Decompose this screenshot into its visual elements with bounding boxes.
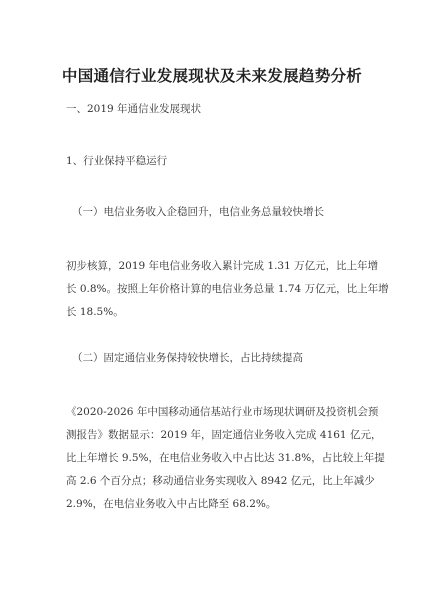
document-page: 中国通信行业发展现状及未来发展趋势分析 一、2019 年通信业发展现状 1、行业… [0,0,424,600]
paragraph-line: 测报告》数据显示：2019 年，固定通信业务收入完成 4161 亿元， [66,424,362,447]
document-title: 中国通信行业发展现状及未来发展趋势分析 [0,64,424,86]
paragraph-line: 比上年增长 9.5%，在电信业务收入中占比达 31.8%，占比较上年提 [66,447,362,470]
subheading-b: （二）固定通信业务保持较快增长，占比持续提高 [72,350,303,365]
subsection-heading: 1、行业保持平稳运行 [66,153,167,168]
paragraph-line: 2.9%，在电信业务收入中占比降至 68.2%。 [66,493,362,516]
paragraph-line: 《2020-2026 年中国移动通信基站行业市场现状调研及投资机会预 [66,401,362,424]
paragraph-line: 长 0.8%。按照上年价格计算的电信业务总量 1.74 万亿元，比上年增 [66,278,362,301]
paragraph-a: 初步核算，2019 年电信业务收入累计完成 1.31 万亿元，比上年增 长 0.… [66,255,362,324]
paragraph-line: 高 2.6 个百分点；移动通信业务实现收入 8942 亿元，比上年减少 [66,470,362,493]
paragraph-line: 长 18.5%。 [66,301,362,324]
paragraph-b: 《2020-2026 年中国移动通信基站行业市场现状调研及投资机会预 测报告》数… [66,401,362,516]
paragraph-line: 初步核算，2019 年电信业务收入累计完成 1.31 万亿元，比上年增 [66,255,362,278]
section-heading: 一、2019 年通信业发展现状 [66,101,201,116]
subheading-a: （一）电信业务收入企稳回升，电信业务总量较快增长 [72,204,324,219]
